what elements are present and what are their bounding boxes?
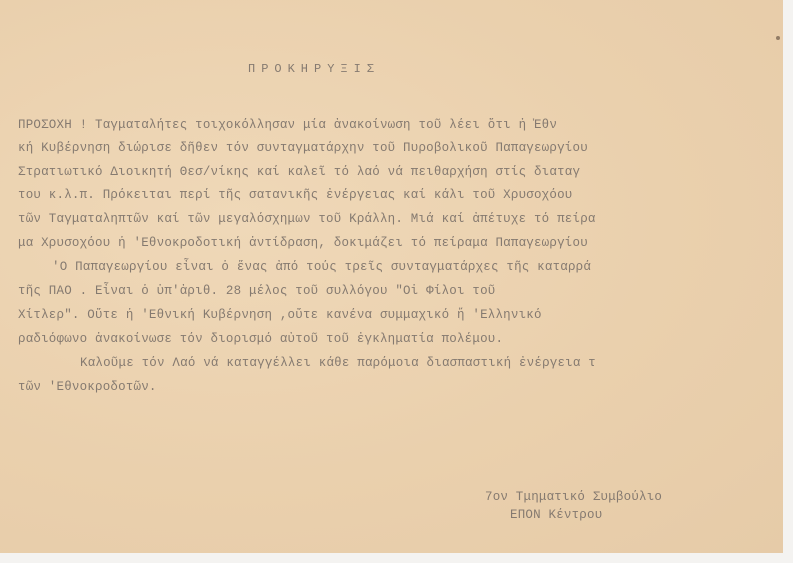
text-line-6: μα Χρυσοχόου ἡ 'Εθνοκροδοτική ἀντίδραση,… bbox=[18, 236, 588, 250]
scan-border-right bbox=[783, 0, 793, 563]
text-line-3: Στρατιωτικό Διοικητή Θεσ/νίκης καί καλεῖ… bbox=[18, 165, 580, 179]
document-page: ΠΡΟΚΗΡΥΞΙΣ ΠΡΟΣΟΧΗ ! Ταγματαλήτες τοιχοκ… bbox=[0, 0, 783, 553]
text-line-5: τῶν Ταγματαληπτῶν καί τῶν μεγαλόσχημων τ… bbox=[18, 212, 596, 226]
text-line-12: τῶν 'Εθνοκροδοτῶν. bbox=[18, 380, 157, 394]
scan-border-bottom bbox=[0, 553, 793, 563]
text-line-11: Καλοῦμε τόν Λαό νά καταγγέλλει κάθε παρό… bbox=[80, 356, 596, 370]
document-title: ΠΡΟΚΗΡΥΞΙΣ bbox=[248, 62, 380, 76]
text-line-9: Χίτλερ". Οὔτε ἡ 'Εθνική Κυβέρνηση ,οὔτε … bbox=[18, 308, 542, 322]
text-line-10: ραδιόφωνο ἀνακοίνωσε τόν διορισμό αὐτοῦ … bbox=[18, 332, 503, 346]
text-line-4: του κ.λ.π. Πρόκειται περί τῆς σατανικῆς … bbox=[18, 188, 573, 202]
text-line-8: τῆς ΠΑΟ . Εἶναι ὁ ὑπ'ἀριθ. 28 μέλος τοῦ … bbox=[18, 284, 495, 298]
signature-line-1: 7ον Τμηματικό Συμβούλιο bbox=[485, 490, 662, 504]
paper-speck bbox=[776, 36, 780, 40]
signature-line-2: ΕΠΟΝ Κέντρου bbox=[510, 508, 602, 522]
text-line-7: 'Ο Παπαγεωργίου εἶναι ὁ ἕνας ἀπό τούς τρ… bbox=[52, 260, 591, 274]
text-line-1: ΠΡΟΣΟΧΗ ! Ταγματαλήτες τοιχοκόλλησαν μία… bbox=[18, 118, 557, 132]
text-line-2: κή Κυβέρνηση διώρισε δῆθεν τόν συνταγματ… bbox=[18, 141, 588, 155]
